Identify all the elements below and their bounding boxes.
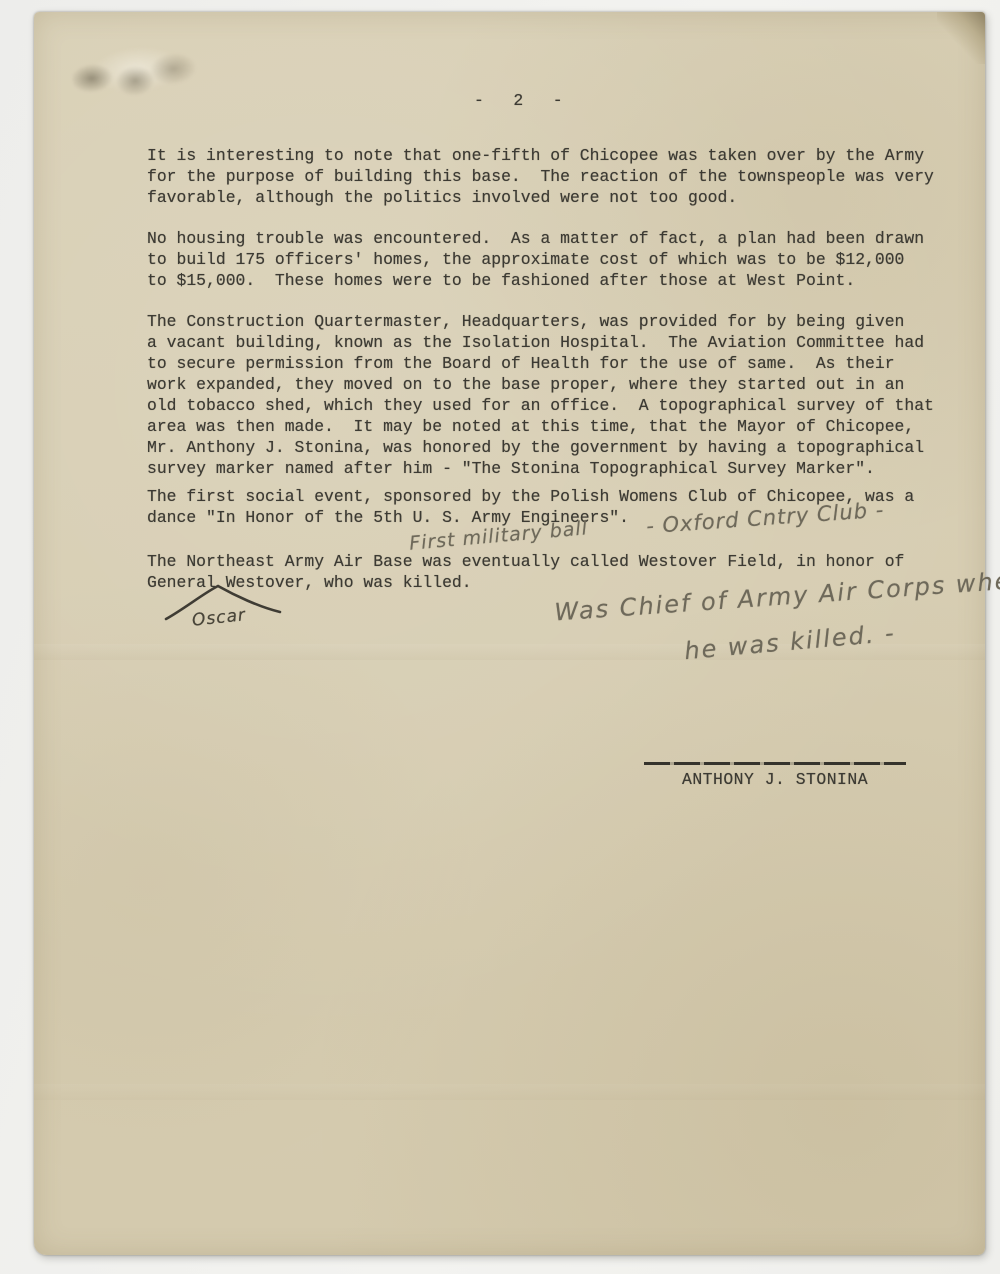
paper-crease (34, 1084, 985, 1100)
scanned-document-page: - 2 - It is interesting to note that one… (0, 0, 1000, 1274)
signature-line (644, 762, 906, 765)
stain-smudge-top-left (70, 42, 204, 101)
paragraph-construction-quartermaster: The Construction Quartermaster, Headquar… (147, 311, 959, 479)
paragraph-housing: No housing trouble was encountered. As a… (147, 228, 959, 291)
paragraph-one-fifth-chicopee: It is interesting to note that one-fifth… (147, 145, 959, 208)
paper-sheet: - 2 - It is interesting to note that one… (34, 12, 985, 1255)
folded-corner-top-right (937, 12, 985, 64)
page-number: - 2 - (474, 90, 563, 111)
signature-typed-name: ANTHONY J. STONINA (682, 769, 868, 790)
